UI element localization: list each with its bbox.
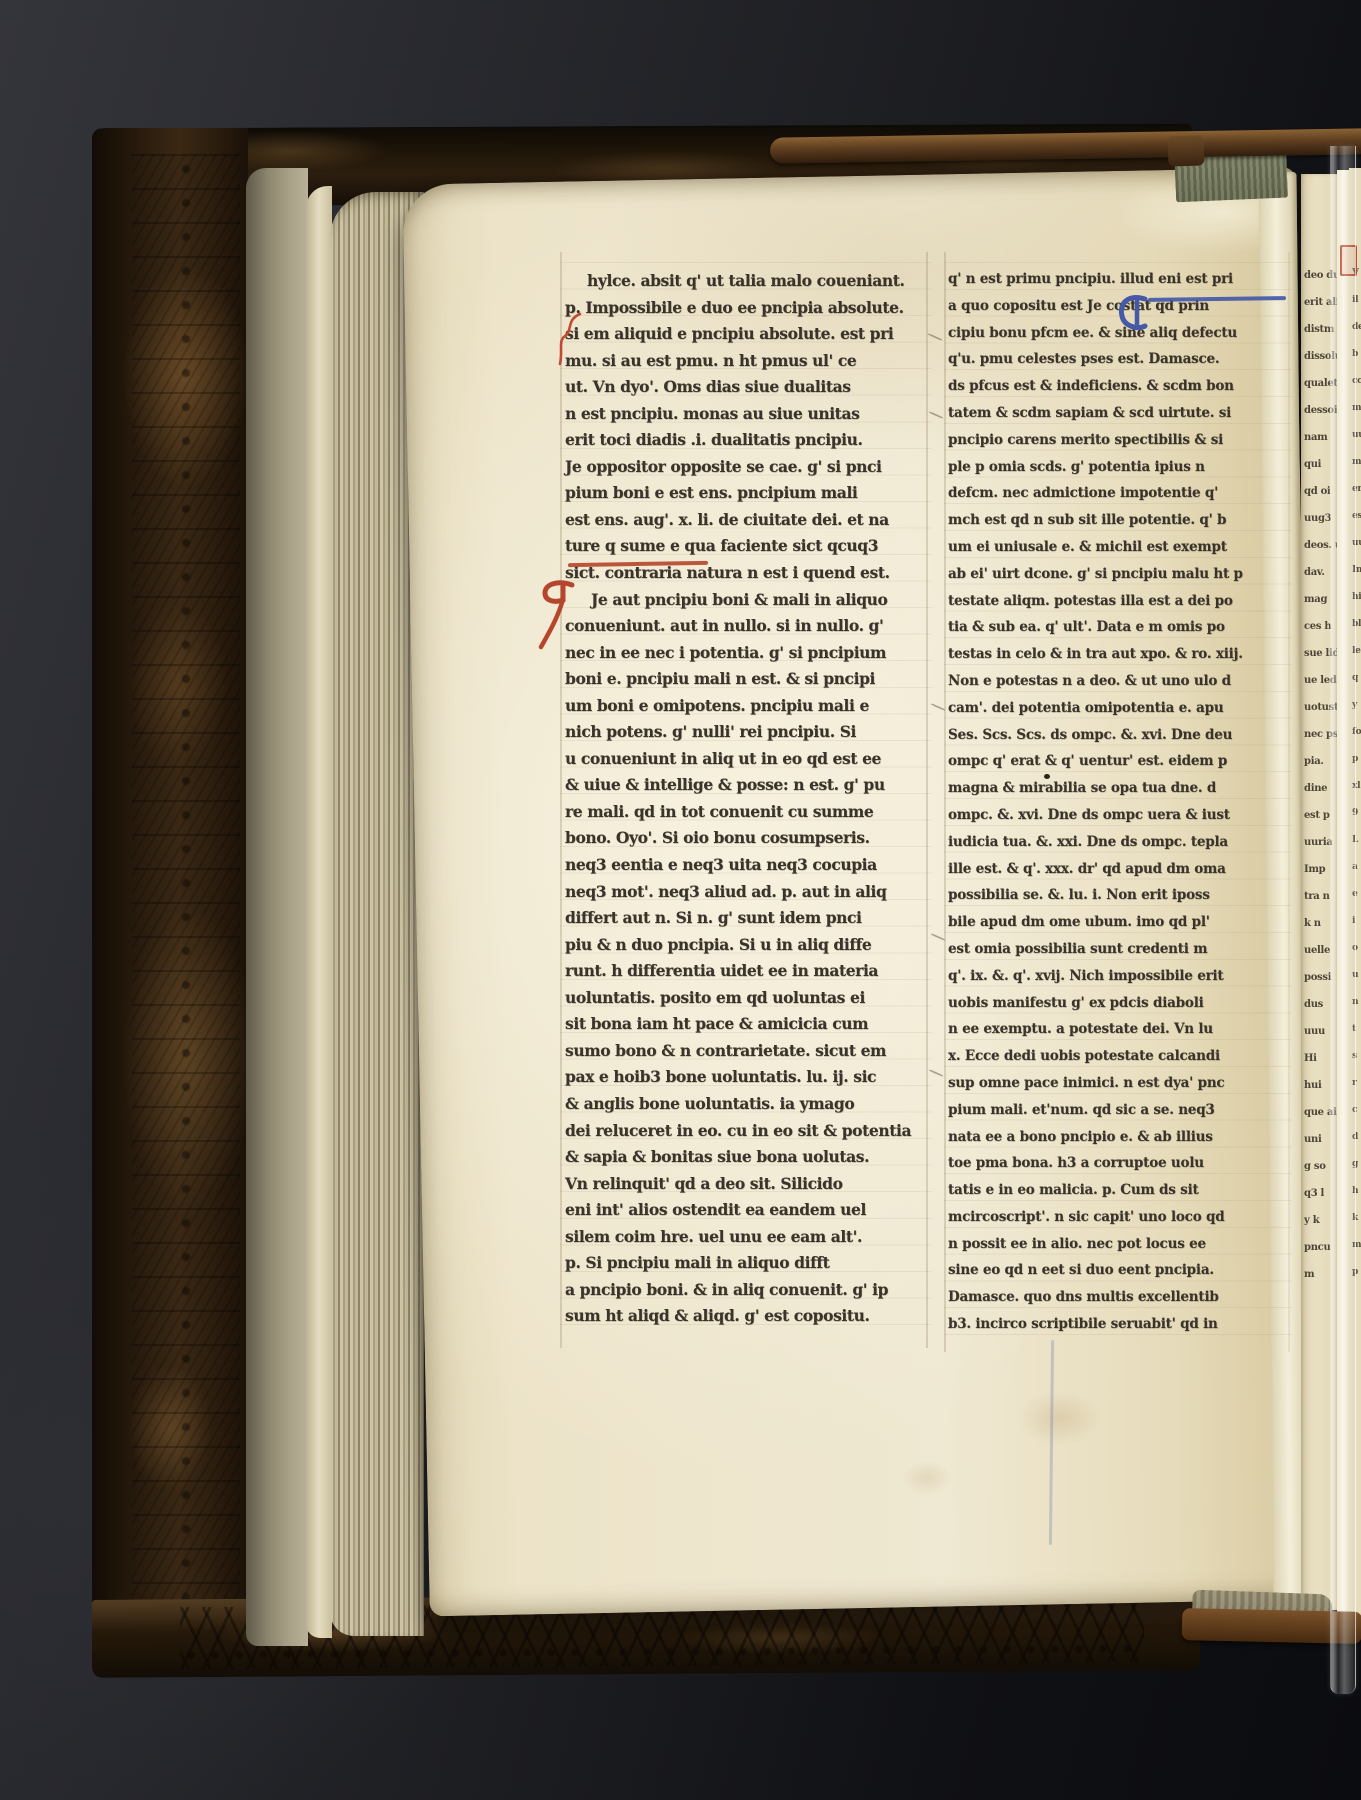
- manuscript-text-line: bile apud dm ome ubum. imo qd pl': [948, 909, 1288, 936]
- manuscript-text-line: differt aut n. Si n. g' sunt idem pnci: [565, 905, 927, 932]
- manuscript-text-line: & uiue & intellige & posse: n est. g' pu: [565, 772, 927, 799]
- manuscript-text-line: p. Impossibile e duo ee pncipia absolute…: [565, 295, 927, 322]
- manuscript-text-line: cam'. dei potentia omipotentia e. apu: [948, 695, 1288, 722]
- manuscript-text-line: a pncipio boni. & in aliq conuenit. g' i…: [565, 1277, 927, 1304]
- manuscript-text-line: pax e hoib3 bone uoluntatis. lu. ij. sic: [565, 1064, 927, 1091]
- dark-speck: [1044, 774, 1050, 779]
- frame-ruling-line: [944, 252, 946, 1352]
- manuscript-text-line: magna & mirabilia se opa tua dne. d: [948, 775, 1288, 802]
- manuscript-text-line: ple p omia scds. g' potentia ipius n: [948, 454, 1288, 481]
- manuscript-text-line: testas in celo & in tra aut xpo. & ro. x…: [948, 641, 1288, 668]
- transparent-page-holder-bar: [1330, 146, 1356, 1694]
- manuscript-text-line: erit toci diadis .i. dualitatis pncipiu.: [565, 427, 927, 454]
- manuscript-text-line: sup omne pace inimici. n est dya' pnc: [948, 1070, 1288, 1097]
- manuscript-text-line: pium mali. et'num. qd sic a se. neq3: [948, 1097, 1288, 1124]
- manuscript-text-line: um ei uniusale e. & michil est exempt: [948, 534, 1288, 561]
- manuscript-text-line: sit bona iam ht pace & amicicia cum: [565, 1011, 927, 1038]
- manuscript-text-line: p. Si pncipiu mali in aliquo difft: [565, 1250, 927, 1277]
- frame-ruling-line: [560, 252, 562, 1348]
- manuscript-text-line: uoluntatis. posito em qd uoluntas ei: [565, 985, 927, 1012]
- manuscript-text-line: ture q sume e qua faciente sict qcuq3: [565, 533, 927, 560]
- manuscript-text-line: q'u. pmu celestes pses est. Damasce.: [948, 346, 1288, 373]
- manuscript-text-line: um boni e omipotens. pncipiu mali e: [565, 693, 927, 720]
- manuscript-text-line: silem coim hre. uel unu ee eam alt'.: [565, 1224, 927, 1251]
- manuscript-text-line: hylce. absit q' ut talia malo coueniant.: [565, 268, 927, 295]
- manuscript-text-line: & anglis bone uoluntatis. ia ymago: [565, 1091, 927, 1118]
- manuscript-text-line: tatem & scdm sapiam & scd uirtute. si: [948, 400, 1288, 427]
- right-text-column: q' n est primu pncipiu. illud eni est pr…: [948, 266, 1288, 1338]
- manuscript-text-line: eni int' alios ostendit ea eandem uel: [565, 1197, 927, 1224]
- manuscript-text-line: ompc q' erat & q' uentur' est. eidem p: [948, 748, 1288, 775]
- manuscript-text-line: re mali. qd in tot conuenit cu summe: [565, 799, 927, 826]
- first-leaf-edge: [306, 186, 332, 1638]
- manuscript-text-line: pncipio carens merito spectibilis & si: [948, 427, 1288, 454]
- manuscript-text-line: pium boni e est ens. pncipium mali: [565, 480, 927, 507]
- leather-board-left: [92, 128, 248, 1676]
- manuscript-text-line: piu & n duo pncipia. Si u in aliq diffe: [565, 932, 927, 959]
- red-paraph-mark: [536, 578, 580, 652]
- manuscript-text-line: sumo bono & n contrarietate. sicut em: [565, 1038, 927, 1065]
- manuscript-text-line: defcm. nec admictione impotentie q': [948, 480, 1288, 507]
- manuscript-text-line: bono. Oyo'. Si oio bonu cosumpseris.: [565, 825, 927, 852]
- blind-tooling-pattern-left: [132, 154, 240, 1648]
- rod-wrap-knot: [1167, 135, 1204, 166]
- manuscript-text-line: dei reluceret in eo. cu in eo sit & pote…: [565, 1118, 927, 1145]
- frame-ruling-line: [1288, 252, 1290, 1352]
- manuscript-text-line: est omia possibilia sunt credenti m: [948, 936, 1288, 963]
- manuscript-text-line: sum ht aliqd & aliqd. g' est copositu.: [565, 1303, 927, 1330]
- manuscript-text-line: ompc. &. xvi. Dne ds ompc uera & iust: [948, 802, 1288, 829]
- red-margin-squiggle: [552, 310, 588, 368]
- manuscript-text-line: mch est qd n sub sit ille potentie. q' b: [948, 507, 1288, 534]
- manuscript-text-line: & sapia & bonitas siue bona uolutas.: [565, 1144, 927, 1171]
- pastedown-strip: [246, 168, 308, 1646]
- manuscript-text-line: testate aliqm. potestas illa est a dei p…: [948, 588, 1288, 615]
- manuscript-text-line: runt. h differentia uidet ee in materia: [565, 958, 927, 985]
- manuscript-text-line: ut. Vn dyo'. Oms dias siue dualitas: [565, 374, 927, 401]
- manuscript-text-line: Ses. Scs. Scs. ds ompc. &. xvi. Dne deu: [948, 722, 1288, 749]
- manuscript-text-line: neq3 eentia e neq3 uita neq3 cocupia: [565, 852, 927, 879]
- manuscript-text-line: n ee exemptu. a potestate dei. Vn lu: [948, 1016, 1288, 1043]
- manuscript-text-line: Je oppositor opposite se cae. g' si pnci: [565, 454, 927, 481]
- manuscript-text-line: neq3 mot'. neq3 aliud ad. p. aut in aliq: [565, 879, 927, 906]
- manuscript-text-line: Je aut pncipiu boni & mali in aliquo: [565, 587, 927, 614]
- manuscript-text-line: tatis e in eo malicia. p. Cum ds sit: [948, 1177, 1288, 1204]
- blue-paraph-mark: [1114, 292, 1152, 334]
- manuscript-text-line: mu. si au est pmu. n ht pmus ul' ce: [565, 348, 927, 375]
- manuscript-text-line: boni e. pncipiu mali n est. & si pncipi: [565, 666, 927, 693]
- manuscript-text-line: ds pfcus est & indeficiens. & scdm bon: [948, 373, 1288, 400]
- manuscript-text-line: uobis manifestu g' ex pdcis diaboli: [948, 990, 1288, 1017]
- manuscript-text-line: conueniunt. aut in nullo. si in nullo. g…: [565, 613, 927, 640]
- manuscript-text-line: Non e potestas n a deo. & ut uno ulo d: [948, 668, 1288, 695]
- manuscript-text-line: toe pma bona. h3 a corruptoe uolu: [948, 1150, 1288, 1177]
- manuscript-photograph: deo duerit alidistmdissoluequaletdessoin…: [0, 0, 1361, 1800]
- manuscript-text-line: nich potens. g' nulli' rei pncipiu. Si: [565, 719, 927, 746]
- manuscript-text-line: si em aliquid e pncipiu absolute. est pr…: [565, 321, 927, 348]
- manuscript-text-line: q' n est primu pncipiu. illud eni est pr…: [948, 266, 1288, 293]
- manuscript-text-line: mcircoscript'. n sic capit' uno loco qd: [948, 1204, 1288, 1231]
- manuscript-text-line: n possit ee in alio. nec pot locus ee: [948, 1231, 1288, 1258]
- manuscript-text-line: tia & sub ea. q' ult'. Data e m omis po: [948, 614, 1288, 641]
- manuscript-text-line: ab ei' uirt dcone. g' si pncipiu malu ht…: [948, 561, 1288, 588]
- manuscript-text-line: u conueniunt in aliq ut in eo qd est ee: [565, 746, 927, 773]
- manuscript-text-line: nec in ee nec i potentia. g' si pncipium: [565, 640, 927, 667]
- manuscript-text-line: iudicia tua. &. xxi. Dne ds ompc. tepla: [948, 829, 1288, 856]
- manuscript-text-line: possibilia se. &. lu. i. Non erit iposs: [948, 882, 1288, 909]
- manuscript-text-line: Damasce. quo dns multis excellentib: [948, 1284, 1288, 1311]
- left-text-column: hylce. absit q' ut talia malo coueniant.…: [565, 268, 927, 1330]
- manuscript-text-line: n est pncipiu. monas au siue unitas: [565, 401, 927, 428]
- manuscript-text-line: nata ee a bono pncipio e. & ab illius: [948, 1124, 1288, 1151]
- manuscript-text-line: est ens. aug'. x. li. de ciuitate dei. e…: [565, 507, 927, 534]
- manuscript-text-line: x. Ecce dedi uobis potestate calcandi: [948, 1043, 1288, 1070]
- manuscript-text-line: b3. incirco scriptibile seruabit' qd in: [948, 1311, 1288, 1338]
- manuscript-text-line: sine eo qd n eet si duo eent pncipia.: [948, 1257, 1288, 1284]
- manuscript-text-line: ille est. & q'. xxx. dr' qd apud dm oma: [948, 856, 1288, 883]
- manuscript-text-line: q'. ix. &. q'. xvij. Nich impossibile er…: [948, 963, 1288, 990]
- manuscript-text-line: Vn relinquit' qd a deo sit. Silicido: [565, 1171, 927, 1198]
